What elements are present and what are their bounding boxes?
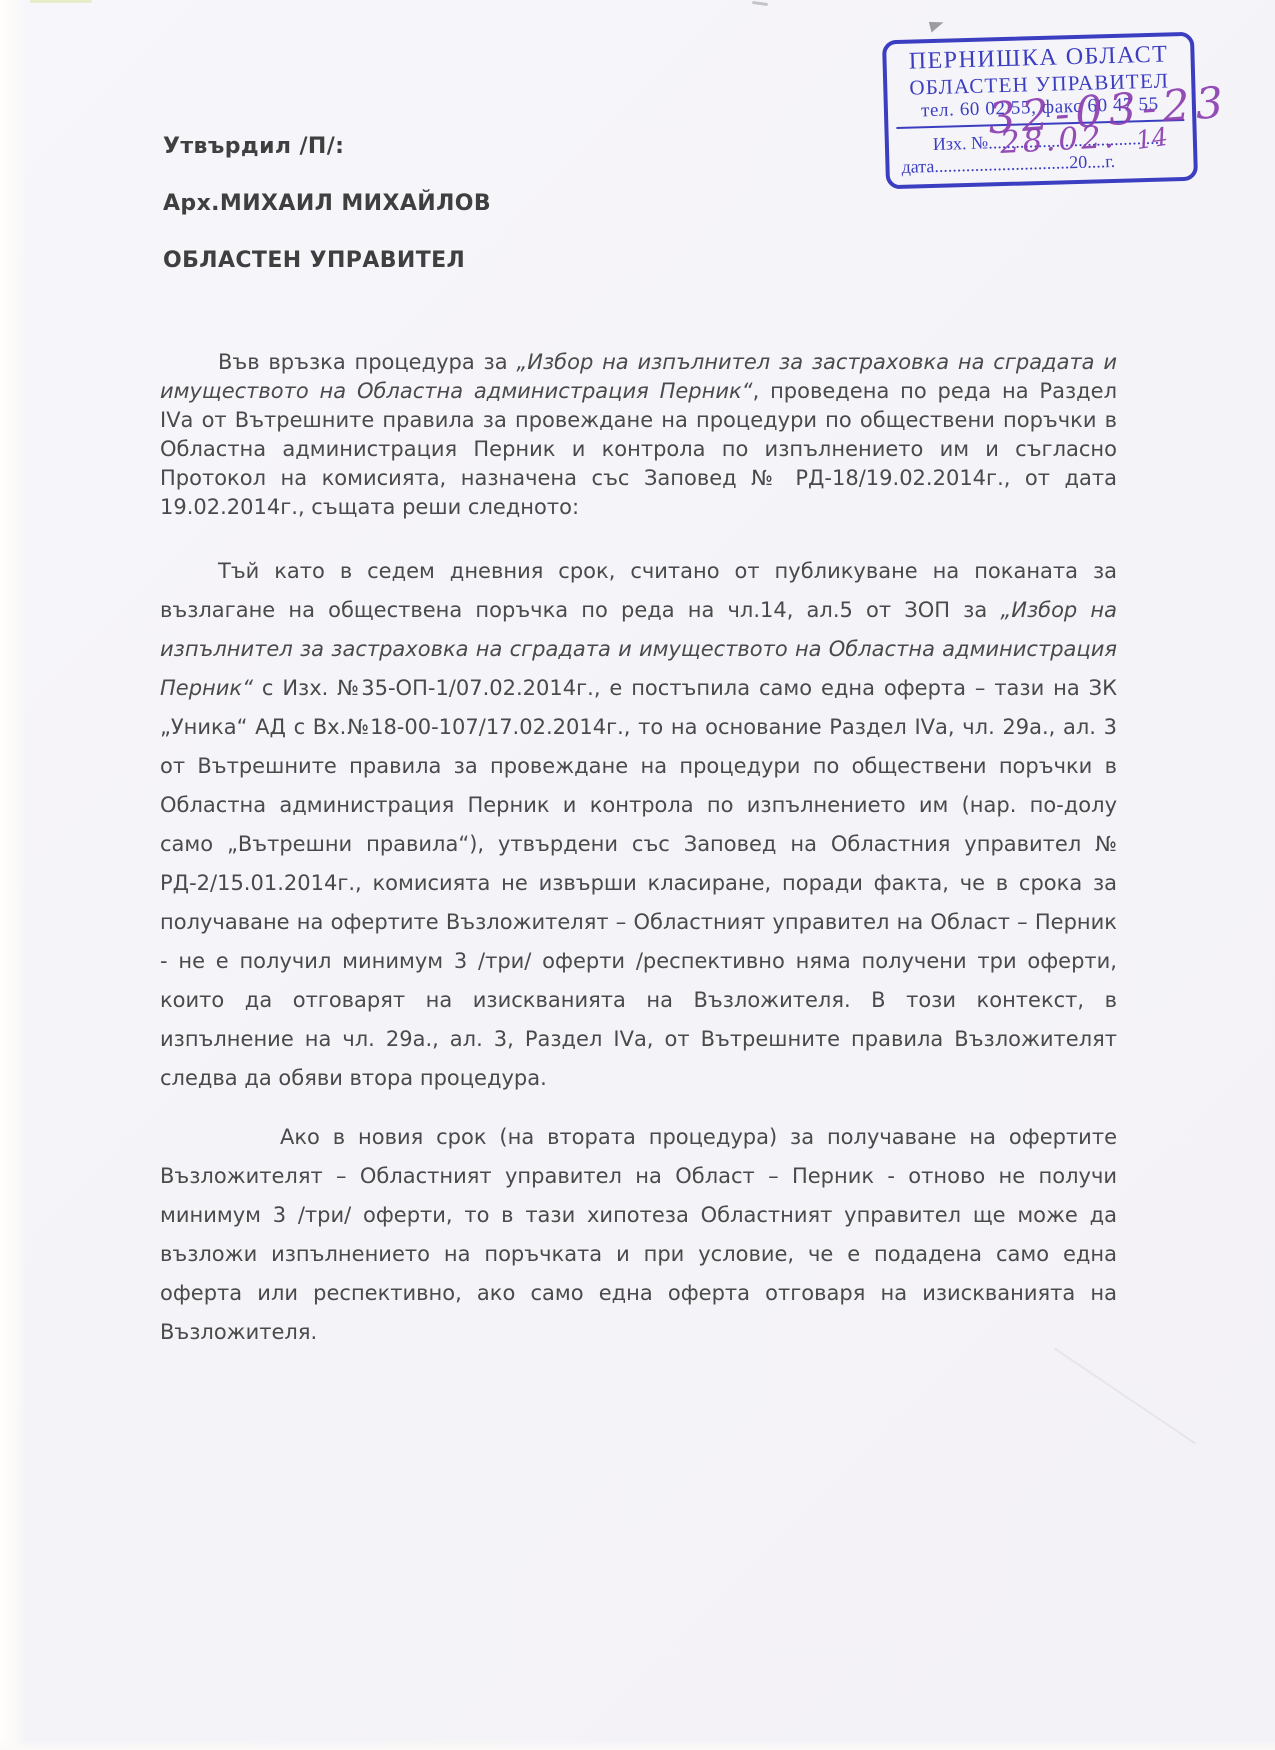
scan-fold-line <box>1054 1348 1196 1445</box>
stamp-ref-label: Изх. № <box>933 132 989 154</box>
paragraph-3: Ако в новия срок (на втората процедура) … <box>160 1118 1117 1352</box>
scan-corner-line <box>30 0 92 3</box>
scan-left-edge <box>0 0 26 1750</box>
stamp-date-label: дата <box>901 156 934 177</box>
scanned-document-page: ПЕРНИШКА ОБЛАСТ ОБЛАСТЕН УПРАВИТЕЛ тел. … <box>0 0 1275 1750</box>
paragraph-2: Тъй като в седем дневния срок, считано о… <box>160 552 1117 1098</box>
approver-name: Арх.МИХАИЛ МИХАЙЛОВ <box>163 191 491 216</box>
approval-line: Утвърдил /П/: <box>163 134 344 159</box>
handwritten-date: 28.02. <box>999 119 1117 161</box>
scan-mark-arrow <box>929 18 945 32</box>
text-segment: Тъй като в седем дневния срок, считано о… <box>160 559 1117 622</box>
scan-mark-dash <box>752 1 768 6</box>
document-body: Във връзка процедура за „Избор на изпълн… <box>160 348 1117 1352</box>
text-segment: с Изх. №35-ОП-1/07.02.2014г., е постъпил… <box>160 676 1117 1090</box>
approver-title: ОБЛАСТЕН УПРАВИТЕЛ <box>163 248 465 273</box>
text-segment: Във връзка процедура за <box>218 350 516 374</box>
handwritten-year: 14 <box>1134 122 1170 155</box>
text-segment: Ако в новия срок (на втората процедура) … <box>160 1125 1117 1344</box>
scan-bottom-edge <box>0 1740 1275 1750</box>
paragraph-1: Във връзка процедура за „Избор на изпълн… <box>160 348 1117 522</box>
